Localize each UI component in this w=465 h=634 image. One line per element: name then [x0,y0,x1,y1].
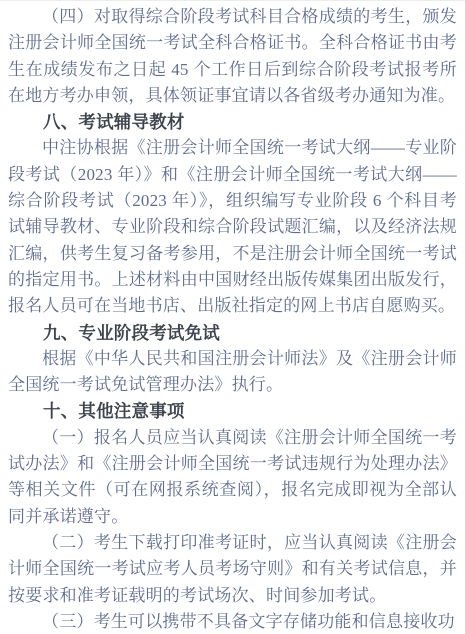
para-note-2: （二）考生下载打印准考证时，应当认真阅读《注册会计师全国统一考试应考人员考场守则… [8,530,457,609]
section-heading-exam-materials: 八、考试辅导教材 [8,109,457,135]
para-exam-exemption: 根据《中华人民共和国注册会计师法》及《注册会计师全国统一考试免试管理办法》执行。 [8,346,457,399]
para-note-3-clipped: （三）考生可以携带不具备文字存储功能和信息接收功 [8,609,457,634]
section-heading-other-notes: 十、其他注意事项 [8,398,457,424]
section-heading-exam-exemption: 九、专业阶段考试免试 [8,320,457,346]
para-exam-materials: 中注协根据《注册会计师全国统一考试大纲——专业阶段考试（2023 年）》和《注册… [8,135,457,319]
para-note-1: （一）报名人员应当认真阅读《注册会计师全国统一考试办法》和《注册会计师全国统一考… [8,425,457,530]
para-certificate-issue: （四）对取得综合阶段考试科目合格成绩的考生，颁发注册会计师全国统一考试全科合格证… [8,4,457,109]
document-page: （四）对取得综合阶段考试科目合格成绩的考生，颁发注册会计师全国统一考试全科合格证… [0,0,465,634]
